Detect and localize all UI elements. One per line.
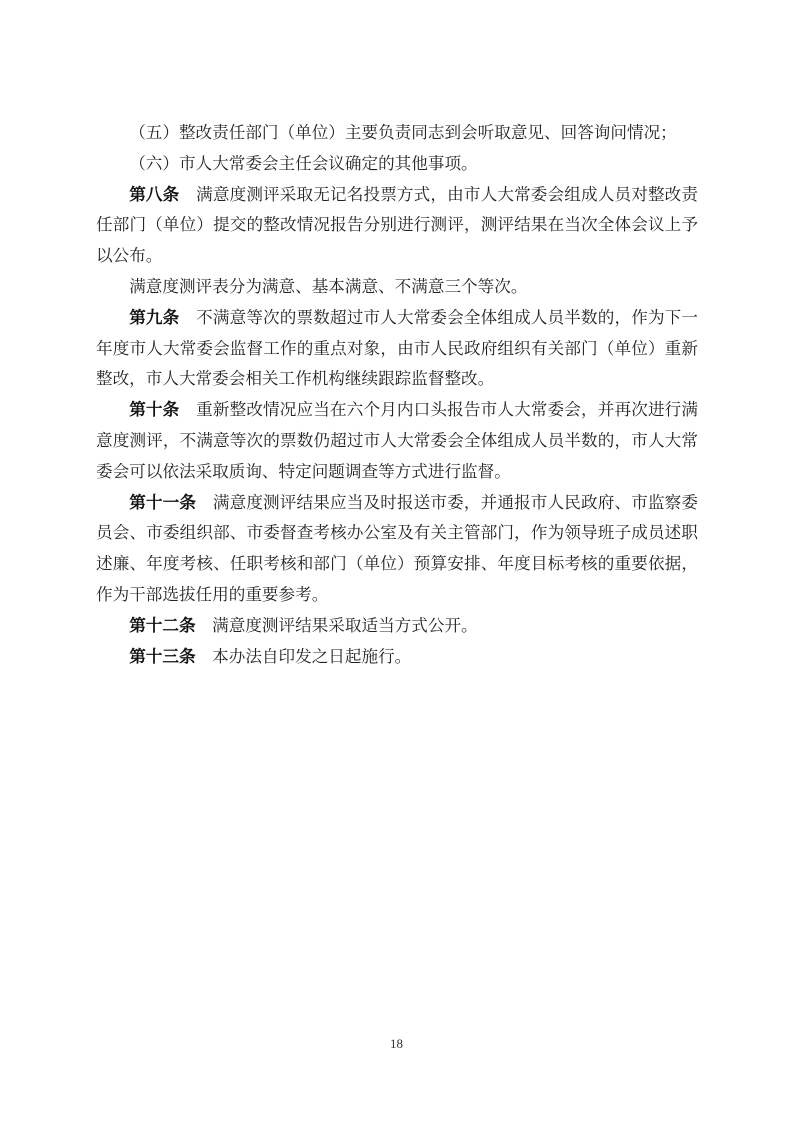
article-12: 第十二条满意度测评结果采取适当方式公开。: [96, 611, 698, 642]
paragraph-text: 满意度测评表分为满意、基本满意、不满意三个等次。: [129, 277, 527, 296]
paragraph-text: 满意度测评采取无记名投票方式，由市人大常委会组成人员对整改责任部门（单位）提交的…: [96, 185, 698, 266]
document-body: （五）整改责任部门（单位）主要负责同志到会听取意见、回答询问情况； （六）市人大…: [96, 118, 698, 672]
article-9: 第九条不满意等次的票数超过市人大常委会全体组成人员半数的，作为下一年度市人大常委…: [96, 303, 698, 395]
article-10: 第十条重新整改情况应当在六个月内口头报告市人大常委会，并再次进行满意度测评，不满…: [96, 395, 698, 487]
paragraph-text: 重新整改情况应当在六个月内口头报告市人大常委会，并再次进行满意度测评，不满意等次…: [96, 400, 698, 481]
article-8: 第八条满意度测评采取无记名投票方式，由市人大常委会组成人员对整改责任部门（单位）…: [96, 180, 698, 272]
page-number: 18: [0, 1036, 793, 1052]
paragraph-text: 满意度测评结果采取适当方式公开。: [212, 616, 478, 635]
article-11: 第十一条满意度测评结果应当及时报送市委，并通报市人民政府、市监察委员会、市委组织…: [96, 488, 698, 611]
article-heading: 第十三条: [129, 647, 195, 666]
article-heading: 第十二条: [129, 616, 195, 635]
paragraph-text: （六）市人大常委会主任会议确定的其他事项。: [129, 154, 477, 173]
paragraph-text: 不满意等次的票数超过市人大常委会全体组成人员半数的，作为下一年度市人大常委会监督…: [96, 308, 698, 389]
paragraph-rating-levels: 满意度测评表分为满意、基本满意、不满意三个等次。: [96, 272, 698, 303]
article-heading: 第十一条: [129, 493, 196, 512]
paragraph-item-6: （六）市人大常委会主任会议确定的其他事项。: [96, 149, 698, 180]
article-13: 第十三条本办法自印发之日起施行。: [96, 642, 698, 673]
paragraph-text: 本办法自印发之日起施行。: [212, 647, 411, 666]
article-heading: 第十条: [129, 400, 179, 419]
paragraph-text: （五）整改责任部门（单位）主要负责同志到会听取意见、回答询问情况；: [129, 123, 677, 142]
article-heading: 第九条: [129, 308, 179, 327]
paragraph-item-5: （五）整改责任部门（单位）主要负责同志到会听取意见、回答询问情况；: [96, 118, 698, 149]
article-heading: 第八条: [129, 185, 179, 204]
